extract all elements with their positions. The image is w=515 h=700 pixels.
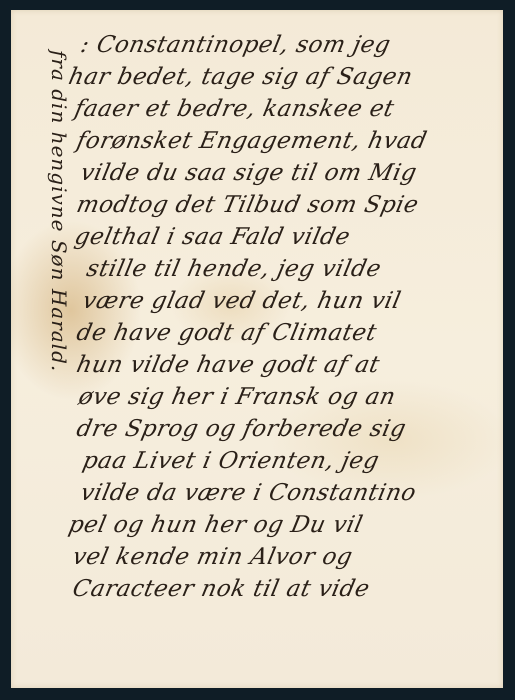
text-line-4: forønsket Engagement, hvad — [74, 128, 429, 154]
margin-signature-note: fra din hengivne Søn Harald. — [47, 50, 71, 372]
text-line-9: være glad ved det, hun vil — [80, 288, 403, 314]
text-line-3: faaer et bedre, kanskee et — [72, 96, 396, 122]
text-line-18: Caracteer nok til at vide — [70, 576, 372, 602]
text-line-6: modtog det Tilbud som Spie — [74, 192, 421, 218]
text-line-14: paa Livet i Orienten, jeg — [80, 448, 381, 474]
text-line-11: hun vilde have godt af at — [74, 352, 382, 378]
text-line-15: vilde da være i Constantino — [78, 480, 418, 506]
text-line-7: gelthal i saa Fald vilde — [72, 224, 352, 250]
text-line-17: vel kende min Alvor og — [70, 544, 355, 570]
text-line-10: de have godt af Climatet — [74, 320, 379, 346]
text-line-16: pel og hun her og Du vil — [66, 512, 365, 538]
text-line-2: har bedet, tage sig af Sagen — [66, 64, 415, 90]
letter-page: fra din hengivne Søn Harald. : Constanti… — [11, 10, 503, 688]
text-line-1: : Constantinopel, som jeg — [78, 32, 393, 58]
text-line-13: dre Sprog og forberede sig — [74, 416, 408, 442]
text-line-12: øve sig her i Fransk og an — [76, 384, 398, 410]
text-line-8: stille til hende, jeg vilde — [84, 256, 383, 282]
text-line-5: vilde du saa sige til om Mig — [78, 160, 419, 186]
